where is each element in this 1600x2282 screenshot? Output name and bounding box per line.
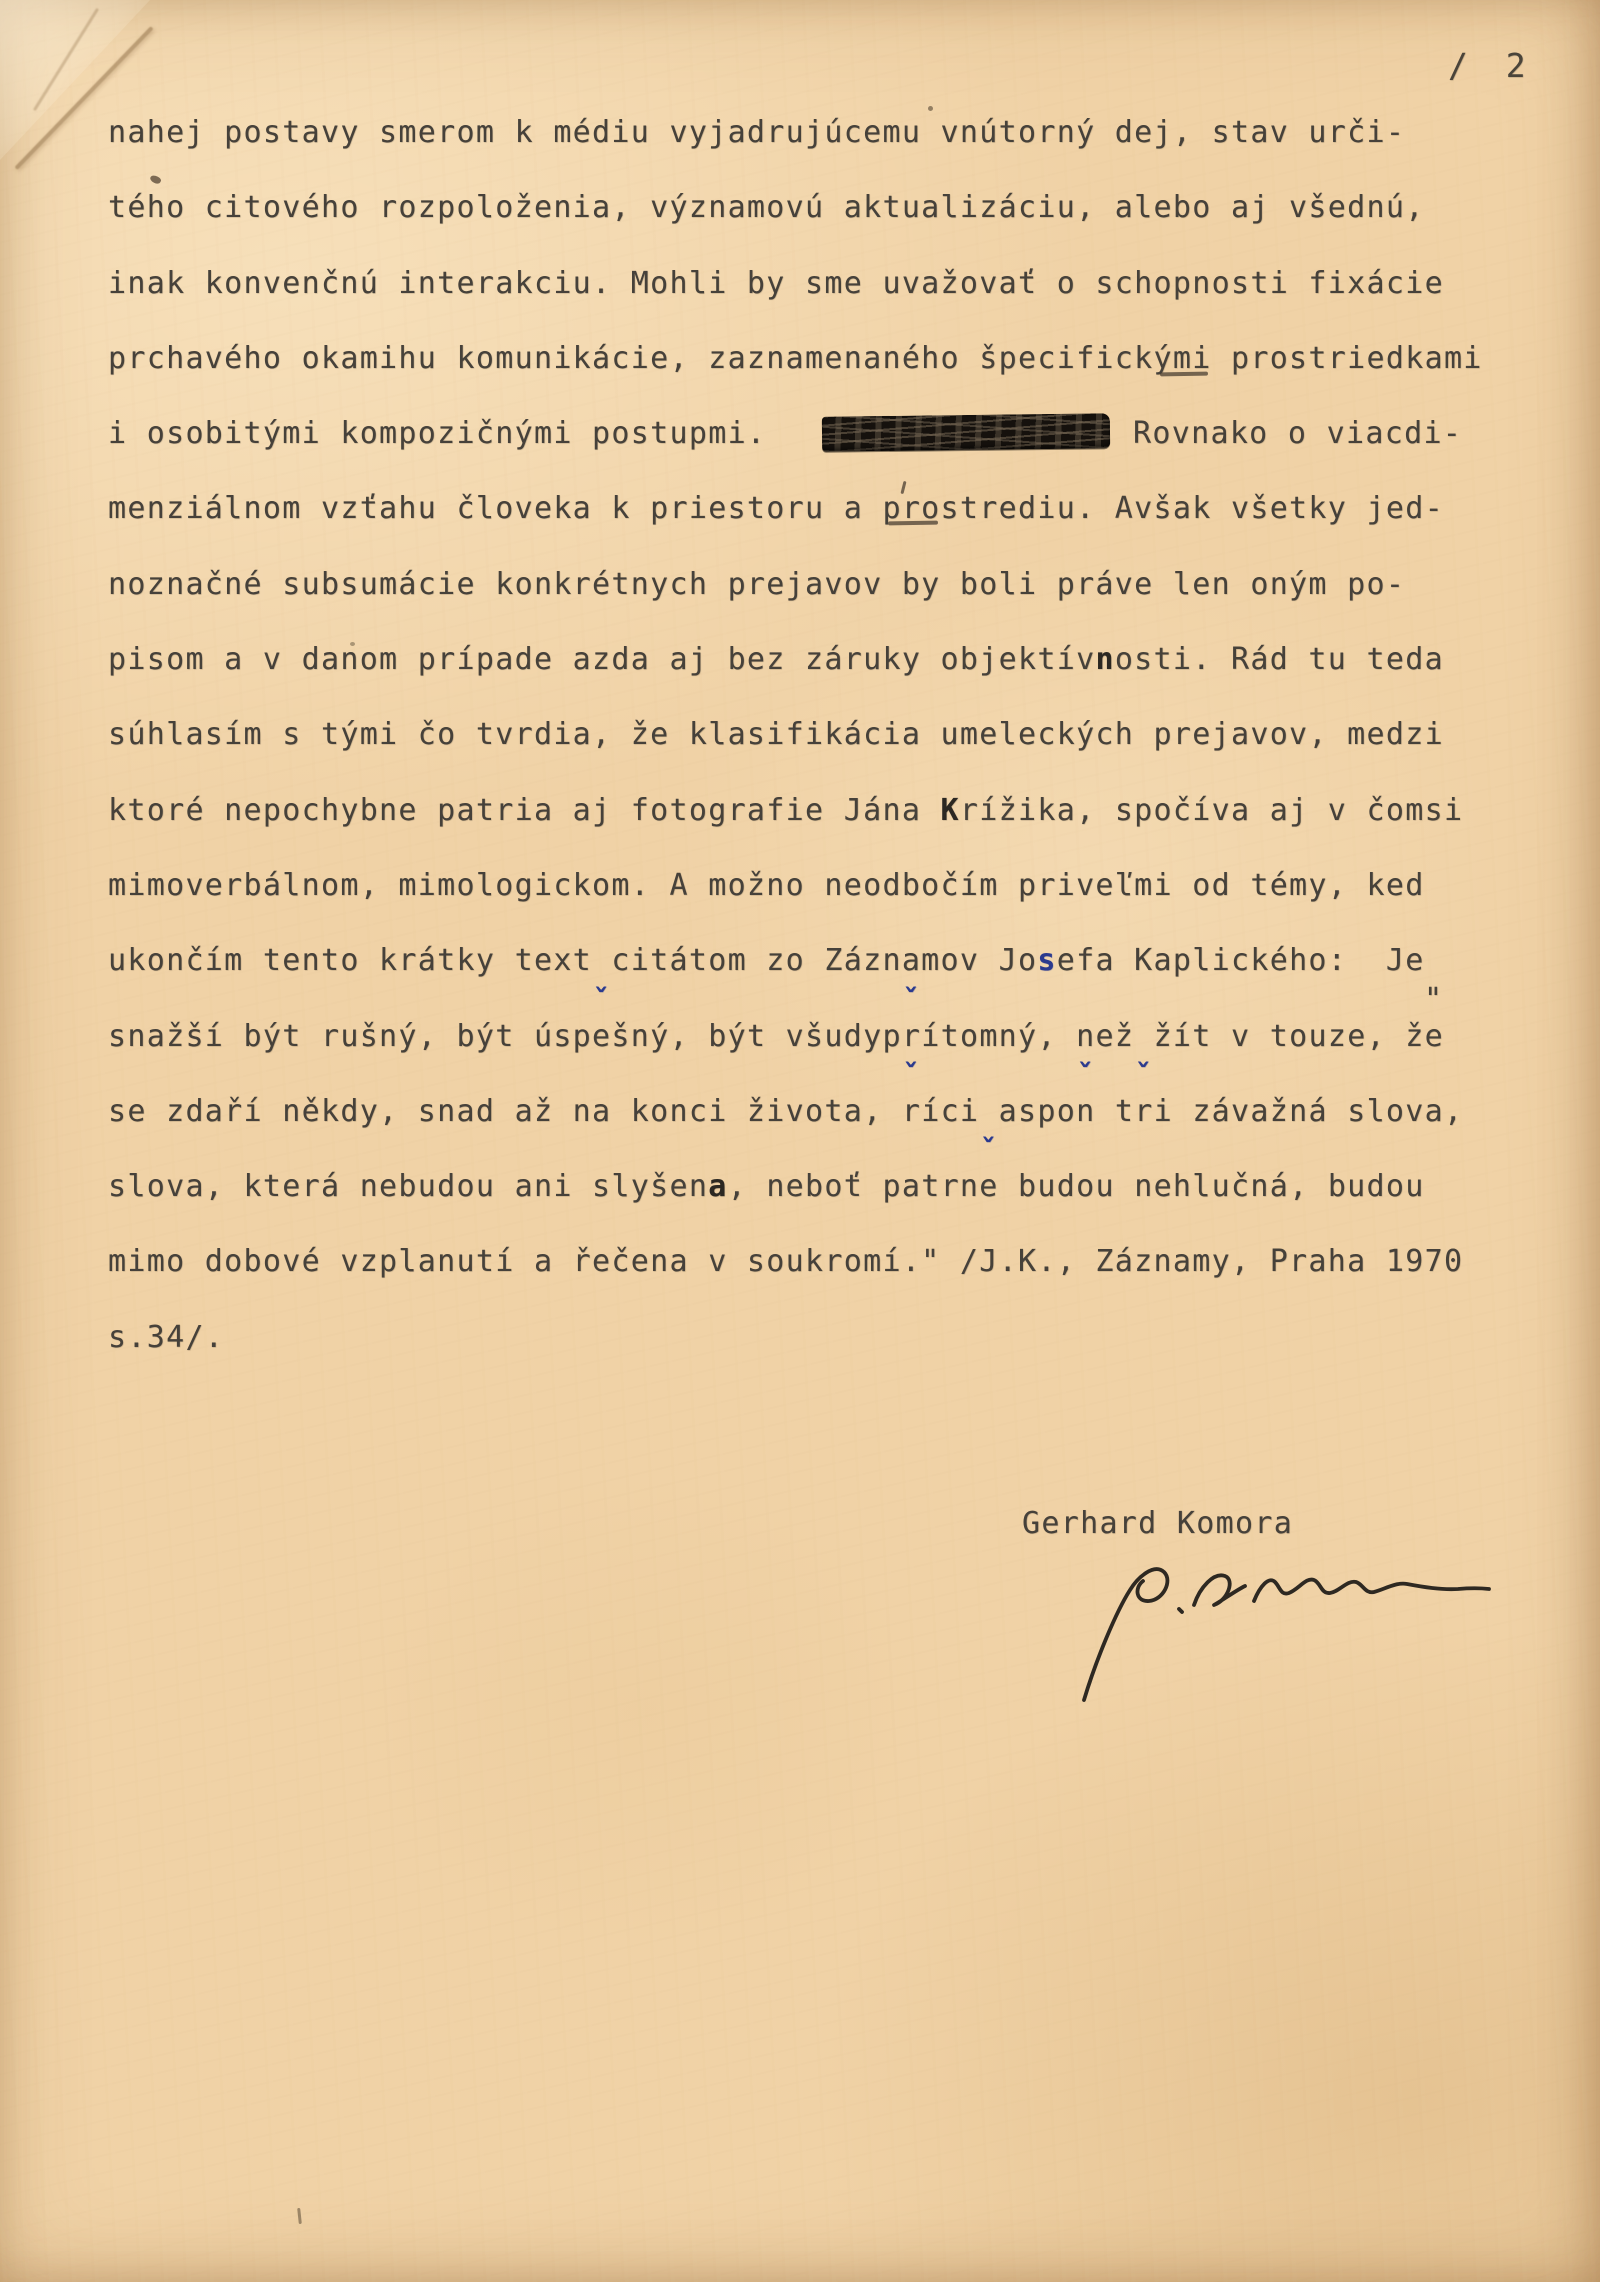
text-segment: noznačné subsumácie konkrétnych prejavov… [108,567,1405,602]
text-line: se zdaří někdy, snad až na konci života,… [108,1074,1528,1149]
text-line: i osobitými kompozičnými postupmi. Rovna… [108,396,1528,471]
blue-caron-mark: ˇ [1135,1061,1154,1090]
text-line: s.34/. [108,1300,1528,1375]
handwritten-signature [1072,1548,1502,1713]
text-segment: i závažná slova, [1154,1094,1464,1129]
text-line: slova, která nebudou ani slyšena, neboť … [108,1149,1528,1224]
text-line: menziálnom vzťahu človeka k priestoru a … [108,471,1528,546]
text-segment: i osobitými kompozičnými postupmi. [108,416,786,451]
document-page: / 2 nahej postavy smerom k médiu vyjadru… [0,0,1600,2282]
typewritten-text: nahej postavy smerom k médiu vyjadrujúce… [108,95,1528,1375]
redaction-scribble [821,413,1109,452]
text-line: tého citového rozpoloženia, významovú ak… [108,170,1528,245]
page-number: / 2 [1448,46,1535,85]
text-segment: ktoré nepochybne patria aj fotografie Já… [108,793,941,828]
text-segment: nahej postavy smerom k médiu vyjadrujúce… [108,115,1405,150]
text-segment: eˇ [979,1149,998,1224]
text-segment: snažší být rušný, být úsp [108,1019,592,1054]
inserted-quote-mark: " [1424,982,1442,1017]
text-segment: mimoverbálnom, mimologickom. A možno neo… [108,868,1425,903]
text-segment: se zdaří někdy, snad až na konci života, [108,1094,902,1129]
text-line: snažší být rušný, být úspeˇšný, být všud… [108,999,1528,1074]
stray-ink-mark [297,2208,302,2224]
text-segment: íci aspo [921,1094,1076,1129]
text-line: mimo dobové vzplanutí a řečena v soukrom… [108,1224,1528,1299]
text-segment: mimo dobové vzplanutí a řečena v soukrom… [108,1244,1463,1279]
text-segment: s.34/. [108,1320,224,1355]
typed-signature-name: Gerhard Komora [1022,1506,1293,1541]
text-line: ktoré nepochybne patria aj fotografie Já… [108,773,1528,848]
text-line: pisom a v danom prípade azda aj bez záru… [108,622,1528,697]
stray-ink-mark [350,642,355,646]
text-segment: K [941,793,960,828]
text-segment: osti. Rád tu teda [1115,642,1444,677]
blue-caron-mark: ˇ [592,986,611,1015]
text-segment: eˇ [592,999,611,1074]
text-segment: ukončím tento krátky text citátom zo Záz… [108,943,1037,978]
text-segment: Rovnako o viacdi- [1114,416,1463,451]
text-segment: rˇ [1134,1074,1153,1149]
blue-caron-mark: ˇ [902,1061,921,1090]
text-line: súhlasím s tými čo tvrdia, že klasifikác… [108,697,1528,772]
text-line: nahej postavy smerom k médiu vyjadrujúce… [108,95,1528,170]
blue-caron-mark: ˇ [1076,1061,1095,1090]
text-segment: nˇ [1076,1074,1095,1149]
stray-ink-mark [1160,372,1208,377]
text-segment: a [708,1169,727,1204]
text-segment: , neboť patrn [728,1169,980,1204]
text-line: prchavého okamihu komunikácie, zaznamena… [108,321,1528,396]
text-segment: súhlasím s tými čo tvrdia, že klasifikác… [108,717,1444,752]
text-line: mimoverbálnom, mimologickom. A možno neo… [108,848,1528,923]
text-segment: ítomný, než žít v touze, že [921,1019,1444,1054]
text-line: noznačné subsumácie konkrétnych prejavov… [108,547,1528,622]
blue-caron-mark: ˇ [902,986,921,1015]
text-segment: budou nehlučná, budou [999,1169,1425,1204]
text-segment: pisom a v danom prípade azda aj bez záru… [108,642,1095,677]
text-line: inak konvenčnú interakciu. Mohli by sme … [108,246,1528,321]
text-segment: tého citového rozpoloženia, významovú ak… [108,190,1425,225]
text-segment: rížika, spočíva aj v čomsi [960,793,1463,828]
stray-ink-mark [928,106,933,111]
text-segment: menziálnom vzťahu človeka k priestoru a … [108,491,1444,526]
text-line: ukončím tento krátky text citátom zo Záz… [108,923,1528,998]
text-segment: šný, být všudyp [611,1019,901,1054]
text-segment: s [1037,943,1056,978]
text-segment: n [1095,642,1114,677]
text-segment: inak konvenčnú interakciu. Mohli by sme … [108,266,1444,301]
text-segment: efa Kaplického: Je [1057,943,1425,978]
text-segment: t [1095,1094,1134,1129]
text-segment: slova, která nebudou ani slyšen [108,1169,708,1204]
text-segment: prchavého okamihu komunikácie, zaznamena… [108,341,1483,376]
blue-caron-mark: ˇ [980,1136,999,1165]
text-segment: rˇ [902,1074,921,1149]
